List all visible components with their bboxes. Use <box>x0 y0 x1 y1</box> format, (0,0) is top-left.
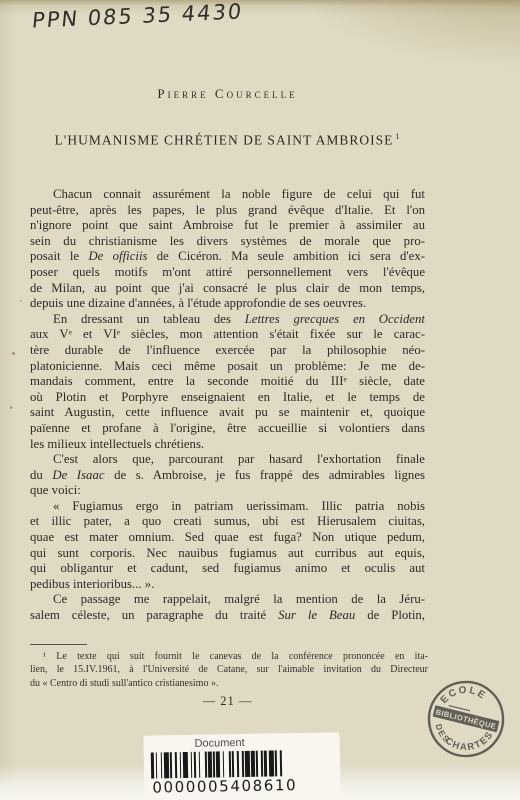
paper-speck <box>12 352 15 355</box>
text-line: lien, le 15.IV.1961, à l'Université de C… <box>30 663 428 676</box>
text-line: salem céleste, un paragraphe du traité S… <box>30 608 425 624</box>
barcode-bars-icon <box>151 750 285 778</box>
text-line: platonicienne. Mais ceci même posait un … <box>30 359 425 375</box>
author-name: Pierre Courcelle <box>30 86 425 102</box>
text-line: mandais comment, entre la seconde moitié… <box>30 374 425 390</box>
handwritten-shelfmark: PPN 085 35 4430 <box>31 0 244 33</box>
text-line: aux Vᵉ et VIᵉ siècles, mon attention s'é… <box>30 327 425 343</box>
text-line: qui sunt corporis. Nec nauibus fugiamus … <box>30 546 425 562</box>
paper-speck <box>20 300 22 302</box>
text-line: ¹ Le texte qui suit fournit le canevas d… <box>30 650 428 663</box>
text-line: posait le De officiis de Cicéron. Ma seu… <box>30 249 425 265</box>
text-line: En dressant un tableau des Lettres grecq… <box>30 312 425 328</box>
text-line: tère durable de l'influence exercée par … <box>30 343 425 359</box>
text-line: peut-être, après les papes, le plus gran… <box>30 203 425 219</box>
footnote: ¹ Le texte qui suit fournit le canevas d… <box>30 650 428 690</box>
text-line: que voici: <box>30 483 425 499</box>
barcode-label: Document 0000005408610 <box>143 732 340 799</box>
text-line: et illic pater, a quo creati sumus, ubi … <box>30 514 425 530</box>
text-line: poser quels motifs m'ont attiré personne… <box>30 265 425 281</box>
text-line: pedibus interioribus... ». <box>30 577 425 593</box>
page-number: — 21 — <box>30 694 425 709</box>
article-title: L'HUMANISME CHRÉTIEN DE SAINT AMBROISE1 <box>30 132 425 149</box>
text-line: depuis une dizaine d'années, à l'étude a… <box>30 296 425 312</box>
text-line: païenne et profane à l'origine, être acc… <box>30 421 425 437</box>
text-line: Chacun connait assurément la noble figur… <box>30 187 425 203</box>
footnote-separator <box>30 644 87 645</box>
text-line: sein du christianisme les divers système… <box>30 234 425 250</box>
text-line: Ce passage me rappelait, malgré la menti… <box>30 592 425 608</box>
text-line: les milieux intellectuels chrétiens. <box>30 437 425 453</box>
text-line: saint Augustin, cette influence avait pu… <box>30 405 425 421</box>
text-line: n'ignore point que saint Ambroise fut le… <box>30 218 425 234</box>
text-line: « Fugiamus ergo in patriam uerissimam. I… <box>30 499 425 515</box>
text-line: du De Isaac de s. Ambroise, je fus frapp… <box>30 468 425 484</box>
barcode-caption: Document <box>144 736 296 751</box>
title-footnote-ref: 1 <box>395 132 400 141</box>
library-stamp-icon: ECOLE DES CHARTES BIBLIOTHÈQUE <box>416 669 516 769</box>
text-line: quae est mater omnium. Sed quae est fuga… <box>30 530 425 546</box>
scanned-page: PPN 085 35 4430 Pierre Courcelle L'HUMAN… <box>0 0 520 800</box>
barcode-number: 0000005408610 <box>152 776 297 797</box>
text-line: de Milan, au point que j'ai consacré le … <box>30 281 425 297</box>
text-line: qui obligantur et cadunt, sed fugiamus a… <box>30 561 425 577</box>
text-line: du « Centro di studi sull'antico cristia… <box>30 677 428 690</box>
text-line: C'est alors que, parcourant par hasard l… <box>30 452 425 468</box>
text-line: où Plotin et Porphyre enseignaient en It… <box>30 390 425 406</box>
body-text: Chacun connait assurément la noble figur… <box>30 187 425 624</box>
article-title-text: L'HUMANISME CHRÉTIEN DE SAINT AMBROISE <box>55 133 394 148</box>
paper-speck <box>10 406 12 409</box>
